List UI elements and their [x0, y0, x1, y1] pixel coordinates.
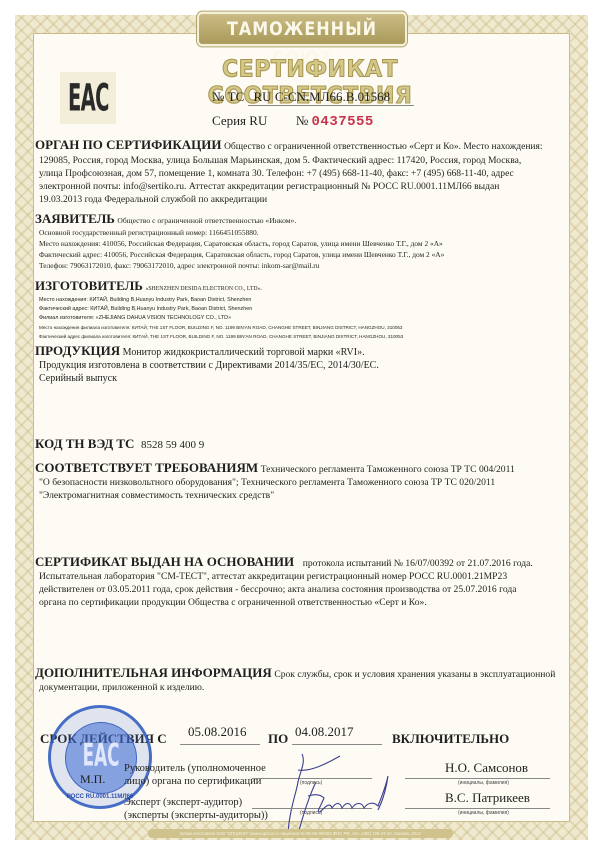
head-label-line2: лицо) органа по сертификации — [124, 775, 261, 788]
certification-body-section: ОРГАН ПО СЕРТИФИКАЦИИ Общество с огранич… — [35, 138, 568, 206]
product-section: ПРОДУКЦИЯ Монитор жидкокристаллический т… — [35, 344, 568, 385]
cert-number-value: RU C-CN.МЛ66.В.01568 — [248, 89, 414, 106]
head-name-line — [405, 778, 550, 779]
basis-heading: СЕРТИФИКАТ ВЫДАН НА ОСНОВАНИИ — [35, 554, 294, 569]
product-lead: Монитор жидкокристаллический торговой ма… — [123, 347, 365, 358]
validity-date-to: 04.08.2017 — [295, 724, 354, 740]
additional-info-heading: ДОПОЛНИТЕЛЬНАЯ ИНФОРМАЦИЯ — [35, 665, 272, 680]
head-name: Н.О. Самсонов — [445, 760, 528, 776]
series-label: Серия — [212, 113, 246, 128]
certification-body-line: улица Профсоюзная, дом 57, помещение 1, … — [35, 167, 568, 180]
eac-logo-icon: EAC — [68, 76, 109, 120]
requirements-line: "О безопасности низковольтного оборудова… — [35, 476, 568, 489]
customs-union-banner: ТАМОЖЕННЫЙ СОЮЗ — [197, 12, 407, 47]
certification-body-line: 19.03.2013 года Федеральной службой по а… — [35, 193, 568, 206]
additional-info-line: документации, приложенной к изделию. — [35, 681, 568, 694]
series-value: RU — [249, 113, 267, 128]
applicant-section: ЗАЯВИТЕЛЬ Общество с ограниченной ответс… — [35, 212, 568, 271]
expert-name-line — [405, 808, 550, 809]
expert-label-line1: Эксперт (эксперт-аудитор) — [124, 796, 242, 809]
expert-name-caption: (инициалы, фамилия) — [458, 810, 509, 816]
head-name-caption: (инициалы, фамилия) — [458, 780, 509, 786]
requirements-lead: Технического регламента Таможенного союз… — [261, 464, 515, 475]
basis-section: СЕРТИФИКАТ ВЫДАН НА ОСНОВАНИИ протокола … — [35, 555, 568, 609]
tn-ved-heading: КОД ТН ВЭД ТС — [35, 436, 134, 451]
requirements-section: СООТВЕТСТВУЕТ ТРЕБОВАНИЯМ Технического р… — [35, 461, 568, 502]
manufacturer-line: Филиал изготовителя: «ZHEJIANG DAHUA VIS… — [35, 314, 568, 323]
applicant-lead: Общество с ограниченной ответственностью… — [117, 216, 296, 225]
basis-line: действителен от 03.05.2011 года, срок де… — [35, 583, 568, 596]
manufacturer-section: ИЗГОТОВИТЕЛЬ «SHENZHEN DESIDA ELECTRON C… — [35, 279, 568, 341]
certification-body-line: 129085, Россия, город Москва, улица Боль… — [35, 154, 568, 167]
manufacturer-lead: «SHENZHEN DESIDA ELECTRON CO., LTD». — [145, 286, 262, 292]
applicant-line: Фактический адрес: 410056, Российская Фе… — [35, 249, 568, 260]
eac-logo-box: EAC — [60, 72, 116, 124]
basis-lead: протокола испытаний № 16/07/00392 от 21.… — [297, 558, 533, 569]
expert-name: В.С. Патрикеев — [445, 790, 530, 806]
date-from-underline — [180, 744, 260, 745]
cert-number-label: № ТС — [212, 89, 244, 104]
serial-label: № — [296, 113, 308, 128]
applicant-heading: ЗАЯВИТЕЛЬ — [35, 211, 115, 226]
requirements-line: "Электромагнитная совместимость техничес… — [35, 489, 568, 502]
tn-ved-section: КОД ТН ВЭД ТС 8528 59 400 9 — [35, 437, 568, 452]
manufacturer-line: Место нахождения: КИТАЙ, Building B,Huan… — [35, 296, 568, 305]
head-label-line1: Руководитель (уполномоченное — [124, 762, 266, 775]
additional-info-section: ДОПОЛНИТЕЛЬНАЯ ИНФОРМАЦИЯ Срок службы, с… — [35, 666, 568, 694]
manufacturer-line: Фактический адрес филиала изготовителя: … — [35, 332, 568, 341]
certification-body-heading: ОРГАН ПО СЕРТИФИКАЦИИ — [35, 137, 222, 152]
certification-body-lead: Общество с ограниченной ответственностью… — [224, 142, 542, 152]
stamp-eac-icon: EAC — [77, 737, 126, 773]
validity-inclusive-label: ВКЛЮЧИТЕЛЬНО — [392, 731, 509, 747]
manufacturer-line: Фактический адрес: КИТАЙ, Building B,Hua… — [35, 305, 568, 314]
additional-info-lead: Срок службы, срок и условия хранения ука… — [274, 669, 555, 680]
applicant-line: Телефон: 79063172010, факс: 79063172010,… — [35, 260, 568, 271]
serial-number: 0437555 — [312, 114, 374, 130]
basis-line: Испытательная лаборатория "СМ-ТЕСТ", атт… — [35, 570, 568, 583]
certificate-number-row: № ТС RU C-CN.МЛ66.В.01568 — [212, 89, 414, 106]
manufacturer-line: Место нахождения филиала изготовителя: К… — [35, 323, 568, 332]
product-line: Продукция изготовлена в соответствии с Д… — [35, 359, 568, 372]
basis-line: органа по сертификации продукции Обществ… — [35, 596, 568, 609]
manufacturer-heading: ИЗГОТОВИТЕЛЬ — [35, 278, 143, 293]
tn-ved-value: 8528 59 400 9 — [137, 439, 204, 451]
applicant-line: Место нахождения: 410056, Российская Фед… — [35, 238, 568, 249]
stamp-place-label: М.П. — [80, 772, 105, 787]
validity-date-from: 05.08.2016 — [188, 724, 247, 740]
series-row: Серия RU № 0437555 — [212, 113, 374, 130]
certification-body-line: электронной почты: info@sertiko.ru. Атте… — [35, 180, 568, 193]
requirements-heading: СООТВЕТСТВУЕТ ТРЕБОВАНИЯМ — [35, 460, 258, 475]
product-heading: ПРОДУКЦИЯ — [35, 343, 120, 358]
expert-label-line2: (эксперты (эксперты-аудиторы)) — [124, 809, 268, 822]
certification-stamp: EAC РОСС RU.0001.11МЛ66 — [48, 705, 152, 809]
applicant-line: Основной государственный регистрационный… — [35, 227, 568, 238]
blank-imprint: Бланк изготовлен ЗАО "ОПЦИОН" (www.opcio… — [148, 829, 453, 838]
product-line: Серийный выпуск — [35, 372, 568, 385]
